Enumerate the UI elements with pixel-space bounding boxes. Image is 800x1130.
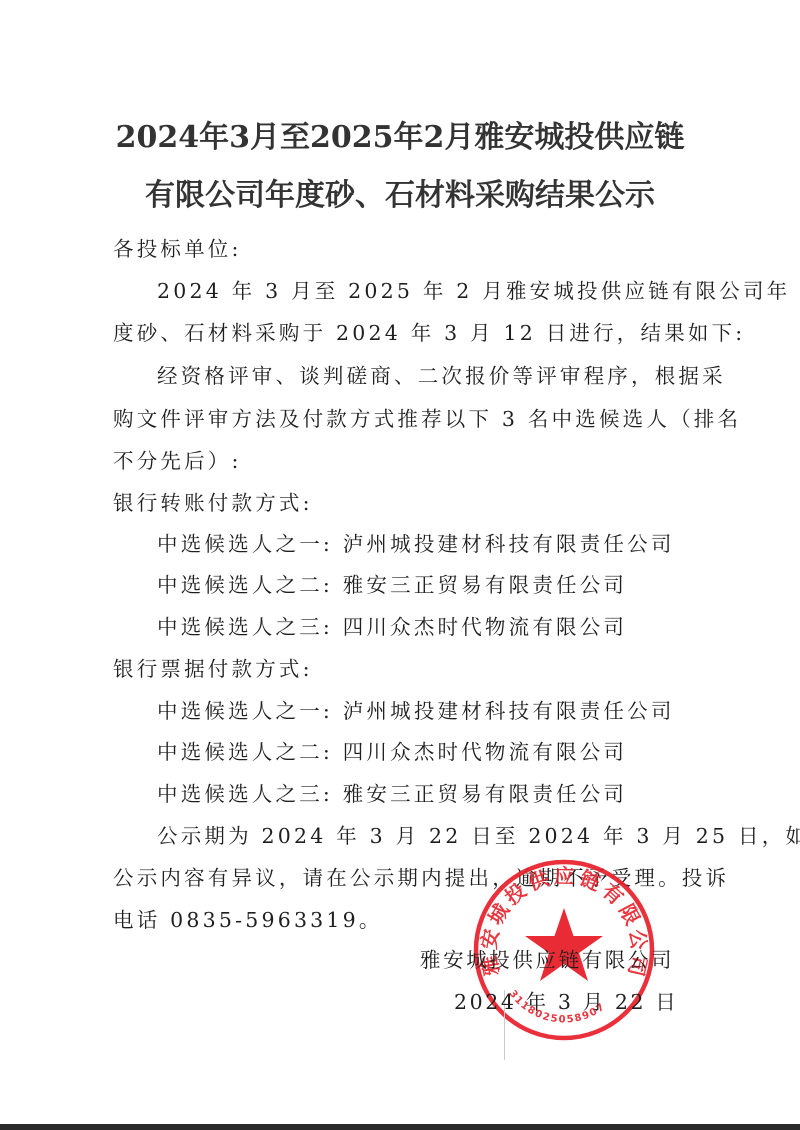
bank-bill-candidate-2: 中选候选人之二: 四川众杰时代物流有限公司 [157, 735, 627, 765]
notice-line-1: 公示期为 2024 年 3 月 22 日至 2024 年 3 月 25 日，如对 [157, 819, 800, 849]
bank-transfer-heading: 银行转账付款方式: [113, 486, 313, 516]
paragraph-2-line-1: 经资格评审、谈判磋商、二次报价等评审程序，根据采 [157, 359, 726, 389]
title-line-1: 2024年3月至2025年2月雅安城投供应链 [0, 112, 800, 156]
bank-bill-candidate-1: 中选候选人之一: 泸州城投建材科技有限责任公司 [157, 694, 675, 724]
bank-transfer-candidate-1: 中选候选人之一: 泸州城投建材科技有限责任公司 [157, 527, 675, 557]
paragraph-2-line-3: 不分先后）: [113, 444, 242, 474]
bank-transfer-candidate-2: 中选候选人之二: 雅安三正贸易有限责任公司 [157, 568, 627, 598]
title-line-2: 有限公司年度砂、石材料采购结果公示 [0, 170, 800, 214]
bank-transfer-candidate-3: 中选候选人之三: 四川众杰时代物流有限公司 [157, 610, 627, 640]
paragraph-1-line-2: 度砂、石材料采购于 2024 年 3 月 12 日进行，结果如下: [113, 316, 745, 346]
signature-organization: 雅安城投供应链有限公司 [420, 943, 674, 973]
salutation: 各投标单位: [113, 232, 242, 262]
signature-date: 2024 年 3 月 22 日 [454, 985, 678, 1015]
bank-bill-heading: 银行票据付款方式: [113, 652, 313, 682]
paragraph-2-line-2: 购文件评审方法及付款方式推荐以下 3 名中选候选人（排名 [113, 402, 741, 432]
paragraph-1-line-1: 2024 年 3 月至 2025 年 2 月雅安城投供应链有限公司年 [157, 274, 790, 304]
scan-bottom-edge [0, 1124, 800, 1130]
bank-bill-candidate-3: 中选候选人之三: 雅安三正贸易有限责任公司 [157, 777, 627, 807]
notice-line-3: 电话 0835-5963319。 [113, 903, 383, 933]
